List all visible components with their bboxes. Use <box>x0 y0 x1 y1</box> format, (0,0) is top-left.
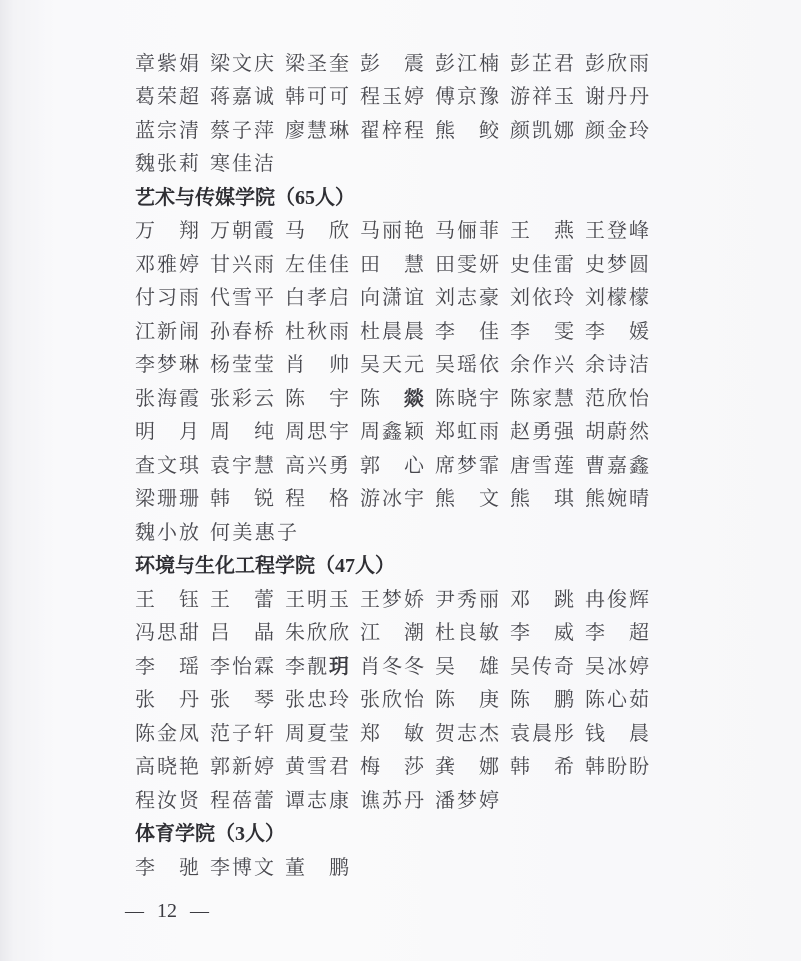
student-name: 蓝宗清 <box>135 121 199 141</box>
student-name: 梅莎 <box>360 757 424 777</box>
student-name: 蔡子萍 <box>210 121 274 141</box>
student-name: 张欣怡 <box>360 690 424 710</box>
student-name: 张彩云 <box>210 389 274 409</box>
student-name: 吴瑶依 <box>435 355 499 375</box>
student-name: 谭志康 <box>285 791 349 811</box>
student-name: 梁文庆 <box>210 54 274 74</box>
student-name: 席梦霏 <box>435 456 499 476</box>
student-name: 杜良敏 <box>435 623 499 643</box>
student-name: 李超 <box>585 623 649 643</box>
student-name: 王梦娇 <box>360 590 424 610</box>
name-row: 陈金凤范子轩周夏莹郑敏贺志杰袁晨彤钱晨 <box>135 717 655 751</box>
student-name: 孙春桥 <box>210 322 274 342</box>
student-name: 韩盼盼 <box>585 757 649 777</box>
name-row: 章紫娟梁文庆梁圣奎彭震彭江楠彭芷君彭欣雨 <box>135 47 655 81</box>
name-row: 张丹张琴张忠玲张欣怡陈庚陈鹏陈心茹 <box>135 684 655 718</box>
student-name: 程玉婷 <box>360 87 424 107</box>
student-name: 余作兴 <box>510 355 574 375</box>
student-name: 陈燚 <box>360 389 424 409</box>
name-row: 邓雅婷甘兴雨左佳佳田慧田雯妍史佳雷史梦圆 <box>135 248 655 282</box>
student-name: 吴冰婷 <box>585 657 649 677</box>
student-name: 左佳佳 <box>285 255 349 275</box>
student-name: 熊鲛 <box>435 121 499 141</box>
student-name: 明月 <box>135 422 199 442</box>
student-name: 寒佳洁 <box>210 154 274 174</box>
section-header-row: 体育学院（3人） <box>135 818 655 852</box>
name-row: 魏小放何美惠子 <box>135 516 655 550</box>
student-name: 蒋嘉诚 <box>210 87 274 107</box>
student-name: 冉俊辉 <box>585 590 649 610</box>
student-name: 韩可可 <box>285 87 349 107</box>
student-name: 朱欣欣 <box>285 623 349 643</box>
student-name: 程蓓蕾 <box>210 791 274 811</box>
student-name: 田雯妍 <box>435 255 499 275</box>
student-name: 章紫娟 <box>135 54 199 74</box>
student-name: 李瑶 <box>135 657 199 677</box>
section-header-row: 环境与生化工程学院（47人） <box>135 550 655 584</box>
student-name: 吴传奇 <box>510 657 574 677</box>
student-name: 刘檬檬 <box>585 288 649 308</box>
student-name: 唐雪莲 <box>510 456 574 476</box>
student-name: 邓跳 <box>510 590 574 610</box>
student-name: 吴天元 <box>360 355 424 375</box>
student-name: 江新闹 <box>135 322 199 342</box>
student-name: 李威 <box>510 623 574 643</box>
student-name: 刘志豪 <box>435 288 499 308</box>
name-row: 万翔万朝霞马欣马丽艳马俪菲王燕王登峰 <box>135 215 655 249</box>
name-row: 明月周纯周思宇周鑫颖郑虹雨赵勇强胡蔚然 <box>135 416 655 450</box>
student-name: 史佳雷 <box>510 255 574 275</box>
student-name: 梁珊珊 <box>135 489 199 509</box>
student-name: 冯思甜 <box>135 623 199 643</box>
student-name: 陈晓宇 <box>435 389 499 409</box>
name-row: 李驰李博文董鹏 <box>135 851 655 885</box>
student-name: 彭震 <box>360 54 424 74</box>
student-name: 陈心茹 <box>585 690 649 710</box>
student-name: 江潮 <box>360 623 424 643</box>
name-row: 程汝贤程蓓蕾谭志康谯苏丹潘梦婷 <box>135 784 655 818</box>
name-row: 查文琪袁宇慧高兴勇郭心席梦霏唐雪莲曹嘉鑫 <box>135 449 655 483</box>
student-name: 贺志杰 <box>435 724 499 744</box>
student-name: 吕晶 <box>210 623 274 643</box>
student-name: 李梦琳 <box>135 355 199 375</box>
student-name: 付习雨 <box>135 288 199 308</box>
student-name: 袁宇慧 <box>210 456 274 476</box>
student-name: 陈庚 <box>435 690 499 710</box>
student-name: 葛荣超 <box>135 87 199 107</box>
student-name: 范欣怡 <box>585 389 649 409</box>
student-name: 马欣 <box>285 221 349 241</box>
student-name: 郭新婷 <box>210 757 274 777</box>
student-name: 彭欣雨 <box>585 54 649 74</box>
footer-dash-right: — <box>190 901 209 923</box>
student-name: 廖慧琳 <box>285 121 349 141</box>
student-name: 史梦圆 <box>585 255 649 275</box>
section-title: 体育学院（3人） <box>135 824 285 844</box>
student-name: 查文琪 <box>135 456 199 476</box>
student-name: 赵勇强 <box>510 422 574 442</box>
student-name: 王明玉 <box>285 590 349 610</box>
student-name: 李雯 <box>510 322 574 342</box>
student-name: 马丽艳 <box>360 221 424 241</box>
student-name: 范子轩 <box>210 724 274 744</box>
section-title: 环境与生化工程学院（47人） <box>135 556 395 576</box>
name-row: 蓝宗清蔡子萍廖慧琳翟梓程熊鲛颜凯娜颜金玲 <box>135 114 655 148</box>
student-name: 张海霞 <box>135 389 199 409</box>
student-name: 韩锐 <box>210 489 274 509</box>
name-row: 王钰王蕾王明玉王梦娇尹秀丽邓跳冉俊辉 <box>135 583 655 617</box>
student-name: 李怡霖 <box>210 657 274 677</box>
student-name: 袁晨彤 <box>510 724 574 744</box>
section-header-row: 艺术与传媒学院（65人） <box>135 181 655 215</box>
name-row: 付习雨代雪平白孝启向潇谊刘志豪刘依玲刘檬檬 <box>135 282 655 316</box>
student-name: 熊琪 <box>510 489 574 509</box>
student-name: 王燕 <box>510 221 574 241</box>
student-name: 肖帅 <box>285 355 349 375</box>
name-row: 江新闹孙春桥杜秋雨杜晨晨李佳李雯李媛 <box>135 315 655 349</box>
student-name: 邓雅婷 <box>135 255 199 275</box>
student-name: 李驰 <box>135 858 199 878</box>
name-row: 张海霞张彩云陈宇陈燚陈晓宇陈家慧范欣怡 <box>135 382 655 416</box>
student-name: 郭心 <box>360 456 424 476</box>
student-name: 周纯 <box>210 422 274 442</box>
student-name: 熊婉晴 <box>585 489 649 509</box>
student-name: 高晓艳 <box>135 757 199 777</box>
student-name: 周思宇 <box>285 422 349 442</box>
student-name: 马俪菲 <box>435 221 499 241</box>
student-name: 王登峰 <box>585 221 649 241</box>
name-row: 冯思甜吕晶朱欣欣江潮杜良敏李威李超 <box>135 617 655 651</box>
student-name: 张琴 <box>210 690 274 710</box>
student-name: 李媛 <box>585 322 649 342</box>
student-name: 陈家慧 <box>510 389 574 409</box>
student-name: 万朝霞 <box>210 221 274 241</box>
student-name: 尹秀丽 <box>435 590 499 610</box>
student-name: 魏小放 <box>135 523 199 543</box>
student-name: 周夏莹 <box>285 724 349 744</box>
student-name: 熊文 <box>435 489 499 509</box>
name-row: 魏张莉寒佳洁 <box>135 148 655 182</box>
student-name: 向潇谊 <box>360 288 424 308</box>
section-title: 艺术与传媒学院（65人） <box>135 188 355 208</box>
student-name: 张忠玲 <box>285 690 349 710</box>
student-name: 郑敏 <box>360 724 424 744</box>
student-name: 杜秋雨 <box>285 322 349 342</box>
name-row: 李梦琳杨莹莹肖帅吴天元吴瑶依余作兴余诗洁 <box>135 349 655 383</box>
student-name: 游冰宇 <box>360 489 424 509</box>
name-row: 李瑶李怡霖李靓玥肖冬冬吴雄吴传奇吴冰婷 <box>135 650 655 684</box>
student-name: 万翔 <box>135 221 199 241</box>
student-name: 韩希 <box>510 757 574 777</box>
page-footer: — 12 — <box>125 900 209 923</box>
name-row: 高晓艳郭新婷黄雪君梅莎龚娜韩希韩盼盼 <box>135 751 655 785</box>
student-name: 王蕾 <box>210 590 274 610</box>
student-name: 胡蔚然 <box>585 422 649 442</box>
student-name: 肖冬冬 <box>360 657 424 677</box>
student-name: 王钰 <box>135 590 199 610</box>
student-name: 颜凯娜 <box>510 121 574 141</box>
student-name: 代雪平 <box>210 288 274 308</box>
student-name: 游祥玉 <box>510 87 574 107</box>
student-name: 李靓玥 <box>285 657 349 677</box>
student-name: 张丹 <box>135 690 199 710</box>
student-name: 周鑫颖 <box>360 422 424 442</box>
student-name: 程汝贤 <box>135 791 199 811</box>
student-name: 龚娜 <box>435 757 499 777</box>
student-name: 傅京豫 <box>435 87 499 107</box>
student-name: 李博文 <box>210 858 274 878</box>
student-name: 彭江楠 <box>435 54 499 74</box>
student-name: 刘依玲 <box>510 288 574 308</box>
student-name: 梁圣奎 <box>285 54 349 74</box>
name-row: 葛荣超蒋嘉诚韩可可程玉婷傅京豫游祥玉谢丹丹 <box>135 81 655 115</box>
document-page: 章紫娟梁文庆梁圣奎彭震彭江楠彭芷君彭欣雨葛荣超蒋嘉诚韩可可程玉婷傅京豫游祥玉谢丹… <box>0 0 801 961</box>
footer-dash-left: — <box>125 901 144 923</box>
student-name: 吴雄 <box>435 657 499 677</box>
student-name: 陈鹏 <box>510 690 574 710</box>
student-name: 杨莹莹 <box>210 355 274 375</box>
document-content: 章紫娟梁文庆梁圣奎彭震彭江楠彭芷君彭欣雨葛荣超蒋嘉诚韩可可程玉婷傅京豫游祥玉谢丹… <box>135 47 655 885</box>
student-name: 董鹏 <box>285 858 349 878</box>
student-name: 田慧 <box>360 255 424 275</box>
student-name: 何美惠子 <box>210 523 297 543</box>
student-name: 甘兴雨 <box>210 255 274 275</box>
student-name: 钱晨 <box>585 724 649 744</box>
student-name: 杜晨晨 <box>360 322 424 342</box>
student-name: 李佳 <box>435 322 499 342</box>
student-name: 彭芷君 <box>510 54 574 74</box>
student-name: 程格 <box>285 489 349 509</box>
student-name: 黄雪君 <box>285 757 349 777</box>
student-name: 白孝启 <box>285 288 349 308</box>
student-name: 陈宇 <box>285 389 349 409</box>
footer-page-number: 12 <box>157 900 177 923</box>
student-name: 魏张莉 <box>135 154 199 174</box>
name-row: 梁珊珊韩锐程格游冰宇熊文熊琪熊婉晴 <box>135 483 655 517</box>
student-name: 谢丹丹 <box>585 87 649 107</box>
student-name: 翟梓程 <box>360 121 424 141</box>
student-name: 曹嘉鑫 <box>585 456 649 476</box>
student-name: 谯苏丹 <box>360 791 424 811</box>
student-name: 郑虹雨 <box>435 422 499 442</box>
student-name: 颜金玲 <box>585 121 649 141</box>
student-name: 潘梦婷 <box>435 791 499 811</box>
student-name: 高兴勇 <box>285 456 349 476</box>
student-name: 余诗洁 <box>585 355 649 375</box>
student-name: 陈金凤 <box>135 724 199 744</box>
